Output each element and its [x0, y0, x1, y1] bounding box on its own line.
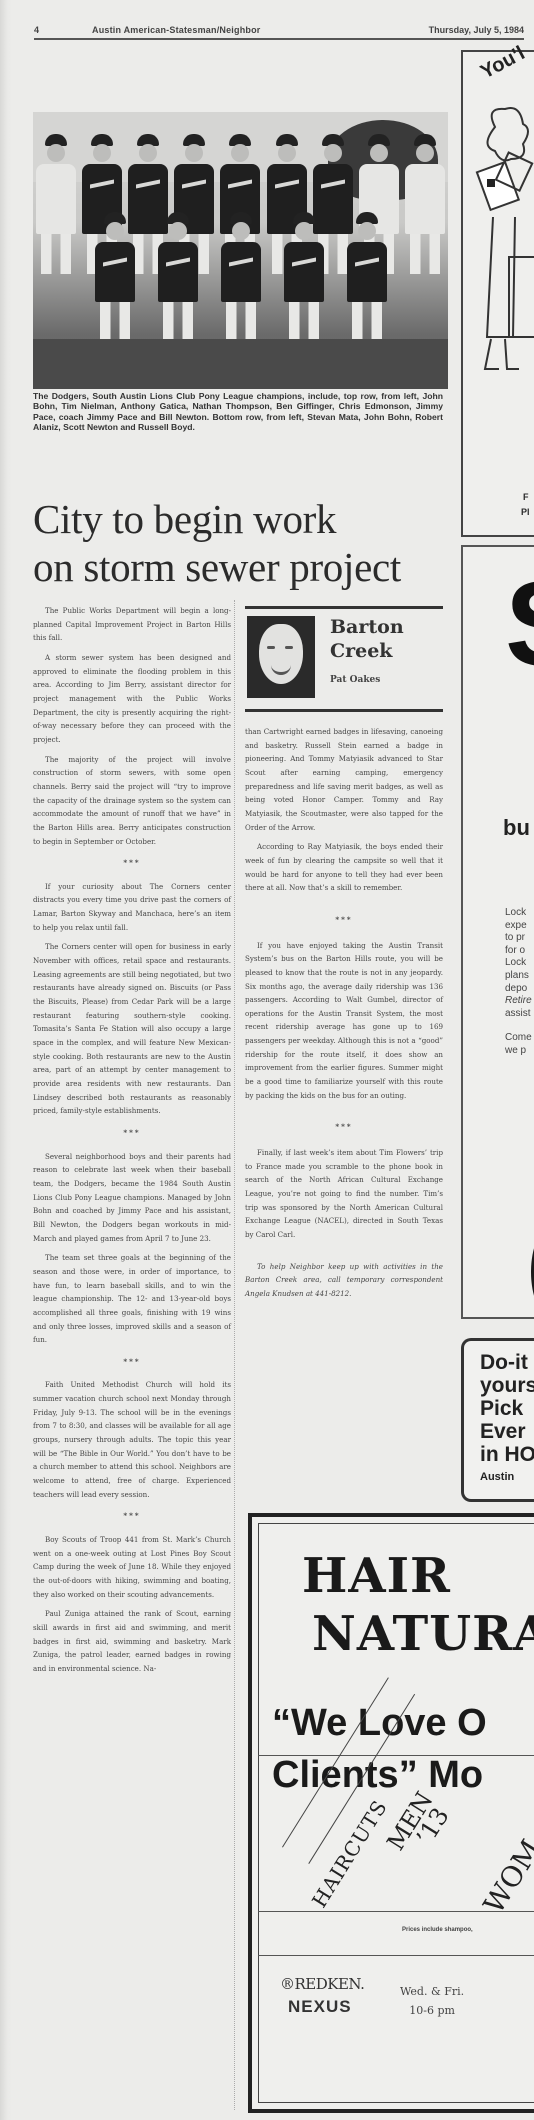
divider [258, 1911, 534, 1912]
article-column-2: than Cartwright earned badges in lifesav… [245, 725, 443, 1307]
ad-headline: Do-it yours Pick Ever in HO [480, 1351, 534, 1466]
ad-big-letter: S [505, 569, 534, 679]
section-separator: *** [33, 1355, 231, 1369]
paragraph: Faith United Methodist Church will hold … [33, 1378, 231, 1501]
section-separator: *** [33, 1126, 231, 1140]
paragraph: The Public Works Department will begin a… [33, 604, 231, 645]
column-divider [234, 600, 236, 2110]
nexus-logo: NEXUS [288, 1997, 352, 2017]
columnist-portrait [247, 616, 315, 698]
redken-logo: ®REDKEN. [280, 1975, 364, 1993]
paragraph: Paul Zuniga attained the rank of Scout, … [33, 1607, 231, 1675]
article-column-1: The Public Works Department will begin a… [33, 604, 231, 1682]
correspondent-tagline: To help Neighbor keep up with activities… [245, 1260, 443, 1301]
paragraph: Boy Scouts of Troop 441 from St. Mark’s … [33, 1533, 231, 1601]
price-note: Prices include shampoo, [402, 1927, 473, 1933]
chef-illustration-icon [475, 107, 534, 397]
paragraph: According to Ray Matyiasik, the boys end… [245, 840, 443, 895]
ad-body-text: Lock expe to pr for o Lock plans depo Re… [505, 907, 534, 1058]
photo-bottom-row [33, 212, 448, 342]
section-separator: *** [33, 856, 231, 870]
ad-cookware: You'l F Pl [461, 50, 534, 537]
columnist-byline: Pat Oakes [330, 675, 380, 685]
divider [258, 1755, 534, 1756]
paragraph: If your curiosity about The Corners cent… [33, 880, 231, 935]
publication-name: Austin American-Statesman/Neighbor [92, 25, 261, 35]
paragraph: The Corners center will open for busines… [33, 940, 231, 1118]
team-photo [33, 112, 448, 389]
paragraph: The team set three goals at the beginnin… [33, 1251, 231, 1347]
photo-caption: The Dodgers, South Austin Lions Club Pon… [33, 391, 443, 433]
paragraph: Finally, if last week’s item about Tim F… [245, 1146, 443, 1242]
paragraph: A storm sewer system has been designed a… [33, 651, 231, 747]
paragraph: If you have enjoyed taking the Austin Tr… [245, 939, 443, 1103]
ad-brand-name: HAIR NATURA [302, 1547, 534, 1663]
scan-gutter [0, 0, 12, 2120]
column-header-barton-creek: Barton Creek Pat Oakes [245, 606, 443, 712]
newspaper-page: 4 Austin American-Statesman/Neighbor Thu… [0, 0, 534, 2120]
article-headline: City to begin work on storm sewer projec… [33, 495, 453, 591]
column-title: Barton Creek [330, 615, 404, 663]
ad-bank: S bu Lock expe to pr for o Lock plans de… [461, 545, 534, 1319]
section-separator: *** [245, 913, 443, 927]
ad-subhead: bu [503, 815, 530, 841]
ad-headline: You'l [477, 42, 529, 84]
section-separator: *** [33, 1509, 231, 1523]
store-hours: Wed. & Fri. 10-6 pm [400, 1982, 464, 2020]
page-number: 4 [34, 25, 39, 35]
section-separator: *** [245, 1120, 443, 1134]
paragraph: The majority of the project will involve… [33, 753, 231, 849]
paragraph: than Cartwright earned badges in lifesav… [245, 725, 443, 834]
divider [258, 1955, 534, 1956]
ad-hair-naturals: HAIR NATURA “We Love O Clients” Mo HAIRC… [248, 1513, 534, 2113]
ad-do-it-yourself: Do-it yours Pick Ever in HO Austin [461, 1338, 534, 1502]
masthead: 4 Austin American-Statesman/Neighbor Thu… [34, 22, 524, 40]
paragraph: Several neighborhood boys and their pare… [33, 1150, 231, 1246]
issue-date: Thursday, July 5, 1984 [429, 25, 524, 35]
